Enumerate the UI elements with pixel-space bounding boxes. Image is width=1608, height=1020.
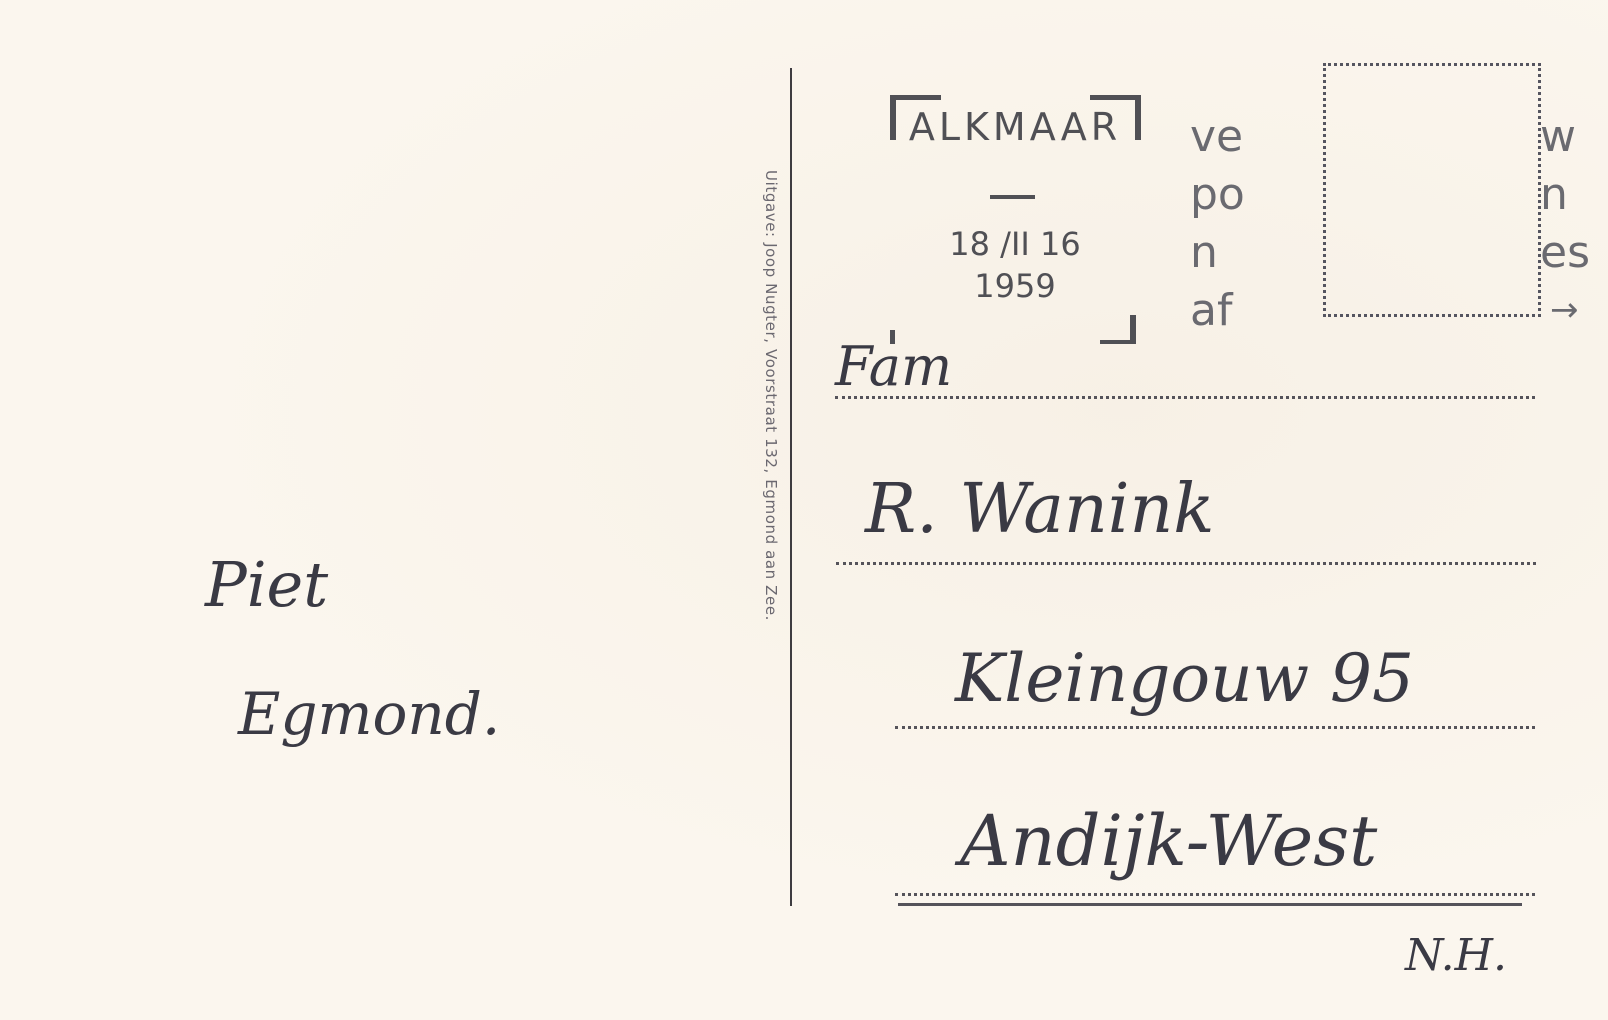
publisher-imprint: Uitgave: Joop Nugter, Voorstraat 132, Eg…	[762, 170, 780, 621]
address-line-3: Kleingouw 95	[955, 640, 1414, 717]
address-dotted-line	[895, 726, 1535, 729]
slogan-line: af	[1190, 282, 1245, 340]
slogan-line: n	[1190, 224, 1245, 282]
postmark-year: 1959	[890, 267, 1140, 305]
address-dotted-line	[895, 893, 1535, 896]
sender-name: Piet	[205, 548, 328, 621]
sender-place: Egmond.	[238, 680, 500, 748]
slogan-line: w	[1540, 108, 1608, 166]
slogan-line: es	[1540, 224, 1608, 282]
slogan-cancel-left: ve po n af	[1190, 108, 1245, 340]
address-line-2: R. Wanink	[865, 470, 1215, 549]
address-line-5: N.H.	[1405, 930, 1507, 981]
postmark-city: ALKMAAR	[890, 105, 1140, 149]
address-dotted-line	[836, 562, 1536, 565]
slogan-line: ve	[1190, 108, 1245, 166]
stamp-placeholder-box	[1323, 63, 1541, 317]
postmark-bracket	[1100, 315, 1136, 344]
address-line-4: Andijk-West	[960, 800, 1377, 882]
center-divider-line	[790, 68, 792, 906]
arrow-icon: →	[1550, 290, 1579, 330]
address-solid-underline	[898, 903, 1522, 906]
postcard-back: Uitgave: Joop Nugter, Voorstraat 132, Eg…	[0, 0, 1608, 1020]
address-line-1: Fam	[835, 335, 952, 398]
slogan-cancel-right: w n es	[1540, 108, 1608, 282]
postmark: ALKMAAR 18 /II 16 1959	[890, 95, 1140, 355]
slogan-line: po	[1190, 166, 1245, 224]
slogan-line: n	[1540, 166, 1608, 224]
postmark-dash	[990, 195, 1035, 199]
postmark-date: 18 /II 16	[890, 225, 1140, 263]
